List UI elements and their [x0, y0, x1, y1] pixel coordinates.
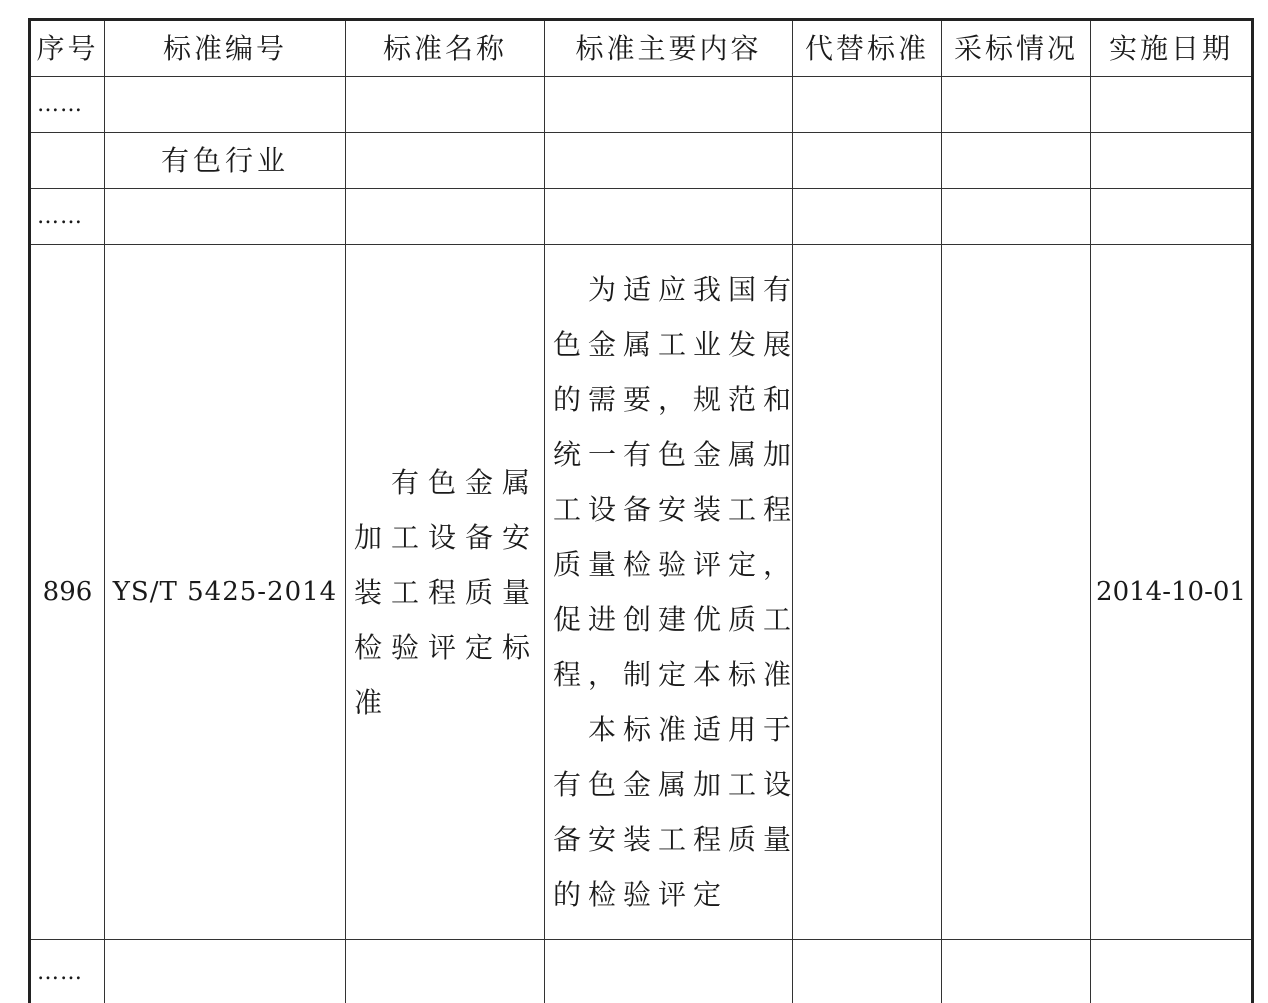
code-cell: YS/T 5425-2014: [105, 245, 346, 940]
date-cell: [1091, 77, 1253, 133]
code-cell: [105, 189, 346, 245]
adoption-cell: [942, 189, 1091, 245]
adoption-cell: [942, 940, 1091, 1003]
seq-cell: ……: [30, 940, 105, 1003]
seq-cell: ……: [30, 77, 105, 133]
table-row: ……: [30, 940, 1253, 1003]
name-cell: [346, 940, 545, 1003]
adoption-cell: [942, 77, 1091, 133]
header-code: 标准编号: [105, 20, 346, 77]
table-row-896: 896 YS/T 5425-2014 有色金属 加工设备安 装工程质量 检验评定…: [30, 245, 1253, 940]
name-cell: [346, 77, 545, 133]
header-row: 序号 标准编号 标准名称 标准主要内容 代替标准 采标情况 实施日期: [30, 20, 1253, 77]
seq-cell: 896: [30, 245, 105, 940]
category-label: 有色行业: [105, 133, 346, 189]
date-cell: [1091, 189, 1253, 245]
header-seq: 序号: [30, 20, 105, 77]
date-cell: 2014-10-01: [1091, 245, 1253, 940]
name-cell: [346, 133, 545, 189]
adoption-cell: [942, 245, 1091, 940]
date-cell: [1091, 940, 1253, 1003]
header-adoption: 采标情况: [942, 20, 1091, 77]
table-row-category: 有色行业: [30, 133, 1253, 189]
header-content: 标准主要内容: [545, 20, 793, 77]
replaces-cell: [793, 245, 942, 940]
header-name: 标准名称: [346, 20, 545, 77]
seq-cell: [30, 133, 105, 189]
replaces-cell: [793, 133, 942, 189]
replaces-cell: [793, 189, 942, 245]
name-cell: [346, 189, 545, 245]
adoption-cell: [942, 133, 1091, 189]
content-cell: [545, 77, 793, 133]
seq-cell: ……: [30, 189, 105, 245]
header-replaces: 代替标准: [793, 20, 942, 77]
content-cell: [545, 189, 793, 245]
replaces-cell: [793, 940, 942, 1003]
table-row: ……: [30, 189, 1253, 245]
content-cell: [545, 133, 793, 189]
replaces-cell: [793, 77, 942, 133]
code-cell: [105, 77, 346, 133]
header-date: 实施日期: [1091, 20, 1253, 77]
standards-table: 序号 标准编号 标准名称 标准主要内容 代替标准 采标情况 实施日期 …… 有色…: [28, 18, 1254, 1003]
table-row: ……: [30, 77, 1253, 133]
code-cell: [105, 940, 346, 1003]
content-cell: 为适应我国有 色金属工业发展 的需要，规范和 统一有色金属加 工设备安装工程 质…: [545, 245, 793, 940]
name-cell: 有色金属 加工设备安 装工程质量 检验评定标 准: [346, 245, 545, 940]
date-cell: [1091, 133, 1253, 189]
content-cell: [545, 940, 793, 1003]
